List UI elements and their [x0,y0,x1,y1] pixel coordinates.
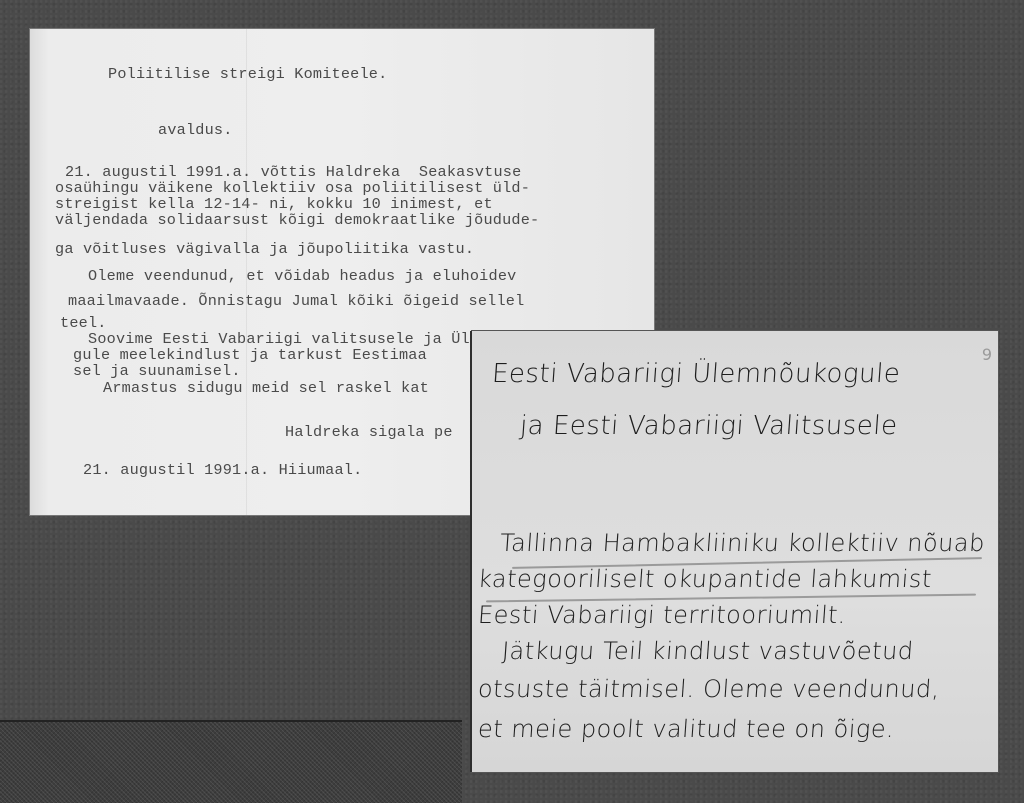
paragraph1-line: streigist kella 12-14- ni, kokku 10 inim… [55,196,493,212]
paragraph1-line: osaühingu väikene kollektiiv osa poliiti… [55,180,530,196]
paragraph2-line: teel. [60,315,107,331]
handwritten-body-line: Eesti Vabariigi territooriumilt. [477,601,847,629]
handwritten-body-line: kategooriliselt okupantide lahkumist [477,565,933,593]
paragraph2-line: maailmavaade. Õnnistagu Jumal kõiki õige… [68,293,524,309]
letter-title: avaldus. [158,122,233,138]
paragraph4-line: Armastus sidugu meid sel raskel kat [103,380,429,396]
paragraph1-line: väljendada solidaarsust kõigi demokraatl… [55,212,539,228]
paragraph1-line: 21. augustil 1991.a. võttis Haldreka Sea… [65,164,521,180]
handwritten-letter: 9 Eesti Vabariigi Ülemnõukogule ja Eesti… [472,331,998,772]
paragraph1-line: ga võitluses vägivalla ja jõupoliitika v… [55,241,474,257]
handwritten-body-line: otsuste täitmisel. Oleme veendunud, [477,675,941,703]
letter-addressee: Poliitilise streigi Komiteele. [108,66,387,82]
letter-signature: Haldreka sigala pe [285,424,453,440]
letter-date-place: 21. augustil 1991.a. Hiiumaal. [83,462,362,478]
page-number: 9 [982,345,992,364]
handwritten-body-line: Jätkugu Teil kindlust vastuvõetud [501,637,915,665]
paragraph2-line: Oleme veendunud, et võidab headus ja elu… [88,268,516,284]
paragraph3-line: sel ja suunamisel. [73,363,241,379]
handwritten-body-line: Tallinna Hambakliiniku kollektiiv nõuab [499,529,986,557]
paragraph3-line: Soovime Eesti Vabariigi valitsusele ja Ü… [88,331,535,347]
handwritten-heading-line2: ja Eesti Vabariigi Valitsusele [519,411,899,441]
handwritten-body-line: et meie poolt valitud tee on õige. [477,715,895,743]
paragraph3-line: gule meelekindlust ja tarkust Eestimaa [73,347,427,363]
fabric-background [0,720,462,803]
handwritten-heading-line1: Eesti Vabariigi Ülemnõukogule [491,359,901,389]
